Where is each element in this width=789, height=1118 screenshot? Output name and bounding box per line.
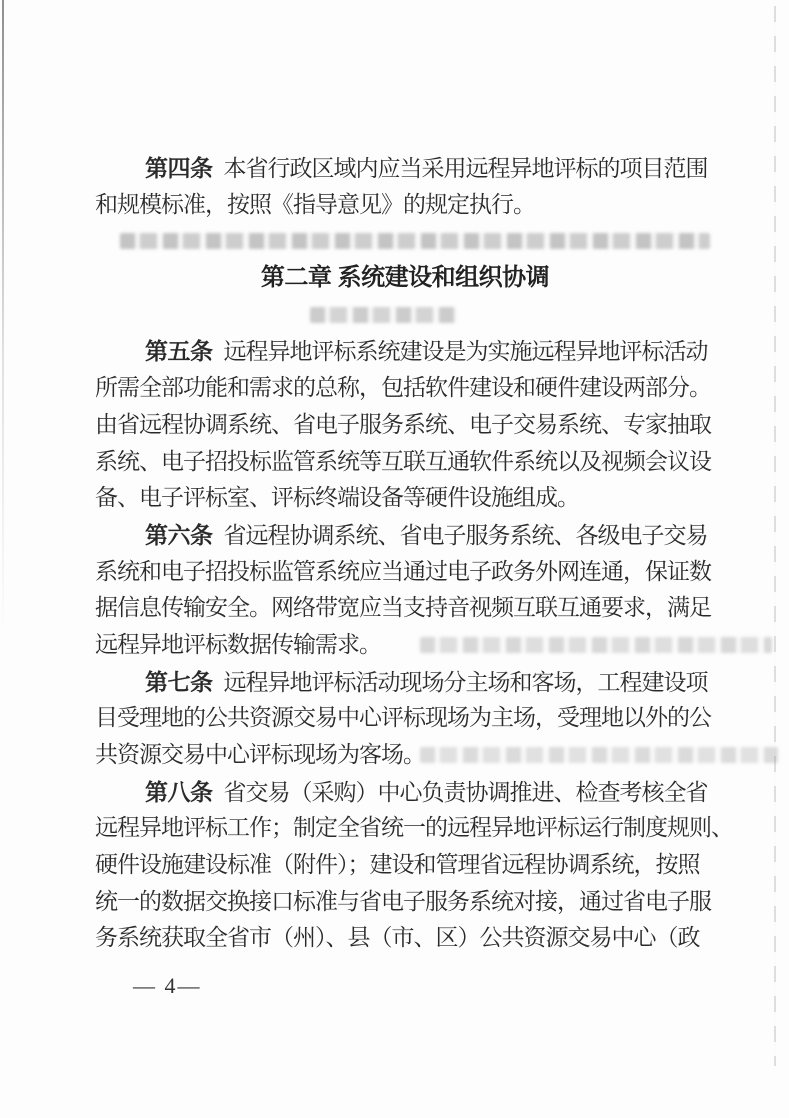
line-text: 统一的数据交换接口标准与省电子服务系统对接，通过省电子服 bbox=[95, 889, 711, 914]
text-line: 第四条本省行政区域内应当采用远程异地评标的项目范围 bbox=[95, 150, 715, 187]
bleedthrough-band bbox=[120, 233, 710, 249]
bleedthrough-band bbox=[420, 637, 772, 653]
bleedthrough-row bbox=[95, 297, 715, 334]
article-number: 第八条 bbox=[145, 779, 213, 805]
text-line: 备、电子评标室、评标终端设备等硬件设施组成。 bbox=[95, 480, 715, 517]
text-line: 和规模标准，按照《指导意见》的规定执行。 bbox=[95, 187, 715, 224]
text-line: 第五条远程异地评标系统建设是为实施远程异地评标活动 bbox=[95, 333, 715, 370]
line-text: 远程异地评标工作；制定全省统一的远程异地评标运行制度规则、 bbox=[95, 815, 733, 840]
article-number: 第六条 bbox=[145, 522, 213, 548]
scan-artifact-right-edge bbox=[774, 6, 776, 1066]
article-number: 第五条 bbox=[145, 338, 213, 364]
line-text: 务系统获取全省市（州）、县（市、区）公共资源交易中心（政 bbox=[95, 925, 700, 950]
text-line: 第六条省远程协调系统、省电子服务系统、各级电子交易 bbox=[95, 517, 715, 554]
text-line: 系统和电子招投标监管系统应当通过电子政务外网连通，保证数 bbox=[95, 554, 715, 591]
text-line: 硬件设施建设标准（附件）；建设和管理省远程协调系统，按照 bbox=[95, 847, 715, 884]
line-text: 硬件设施建设标准（附件）；建设和管理省远程协调系统，按照 bbox=[95, 852, 700, 877]
line-text: 省交易（采购）中心负责协调推进、检查考核全省 bbox=[224, 780, 708, 805]
scanned-document-page: 第四条本省行政区域内应当采用远程异地评标的项目范围 和规模标准，按照《指导意见》… bbox=[0, 0, 789, 1118]
text-line: 由省远程协调系统、省电子服务系统、电子交易系统、专家抽取 bbox=[95, 407, 715, 444]
text-line: 所需全部功能和需求的总称，包括软件建设和硬件建设两部分。 bbox=[95, 370, 715, 407]
line-text: 由省远程协调系统、省电子服务系统、电子交易系统、专家抽取 bbox=[95, 412, 711, 437]
text-line: 第八条省交易（采购）中心负责协调推进、检查考核全省 bbox=[95, 774, 715, 811]
text-line: 统一的数据交换接口标准与省电子服务系统对接，通过省电子服 bbox=[95, 884, 715, 921]
line-text: 省远程协调系统、省电子服务系统、各级电子交易 bbox=[224, 523, 708, 548]
document-text-column: 第四条本省行政区域内应当采用远程异地评标的项目范围 和规模标准，按照《指导意见》… bbox=[95, 150, 715, 957]
line-text: 远程异地评标活动现场分主场和客场，工程建设项 bbox=[224, 670, 708, 695]
article-number: 第四条 bbox=[145, 155, 213, 181]
scan-artifact-left-edge bbox=[2, 0, 4, 640]
bleedthrough-band bbox=[420, 747, 778, 763]
bleedthrough-row bbox=[95, 223, 715, 260]
line-text: 远程异地评标数据传输需求。 bbox=[95, 632, 381, 657]
line-text: 和规模标准，按照《指导意见》的规定执行。 bbox=[95, 192, 535, 217]
line-text: 共资源交易中心评标现场为客场。 bbox=[95, 742, 425, 767]
page-number: — 4— bbox=[133, 974, 202, 998]
line-text: 据信息传输安全。网络带宽应当支持音视频互联互通要求，满足 bbox=[95, 595, 711, 620]
line-text: 系统和电子招投标监管系统应当通过电子政务外网连通，保证数 bbox=[95, 559, 711, 584]
line-text: 系统、电子招投标监管系统等互联互通软件系统以及视频会议设 bbox=[95, 449, 711, 474]
article-number: 第七条 bbox=[145, 669, 213, 695]
text-line: 第七条远程异地评标活动现场分主场和客场，工程建设项 bbox=[95, 664, 715, 701]
line-text: 远程异地评标系统建设是为实施远程异地评标活动 bbox=[224, 339, 708, 364]
text-line: 系统、电子招投标监管系统等互联互通软件系统以及视频会议设 bbox=[95, 444, 715, 481]
text-line: 务系统获取全省市（州）、县（市、区）公共资源交易中心（政 bbox=[95, 920, 715, 957]
line-text: 本省行政区域内应当采用远程异地评标的项目范围 bbox=[224, 156, 708, 181]
text-line: 远程异地评标工作；制定全省统一的远程异地评标运行制度规则、 bbox=[95, 810, 715, 847]
line-text: 目受理地的公共资源交易中心评标现场为主场，受理地以外的公 bbox=[95, 705, 711, 730]
text-line: 共资源交易中心评标现场为客场。 bbox=[95, 737, 715, 774]
line-text: 备、电子评标室、评标终端设备等硬件设施组成。 bbox=[95, 485, 579, 510]
text-line: 远程异地评标数据传输需求。 bbox=[95, 627, 715, 664]
chapter-heading: 第二章 系统建设和组织协调 bbox=[95, 260, 715, 297]
text-line: 据信息传输安全。网络带宽应当支持音视频互联互通要求，满足 bbox=[95, 590, 715, 627]
text-line: 目受理地的公共资源交易中心评标现场为主场，受理地以外的公 bbox=[95, 700, 715, 737]
line-text: 所需全部功能和需求的总称，包括软件建设和硬件建设两部分。 bbox=[95, 375, 711, 400]
bleedthrough-band bbox=[310, 307, 457, 323]
